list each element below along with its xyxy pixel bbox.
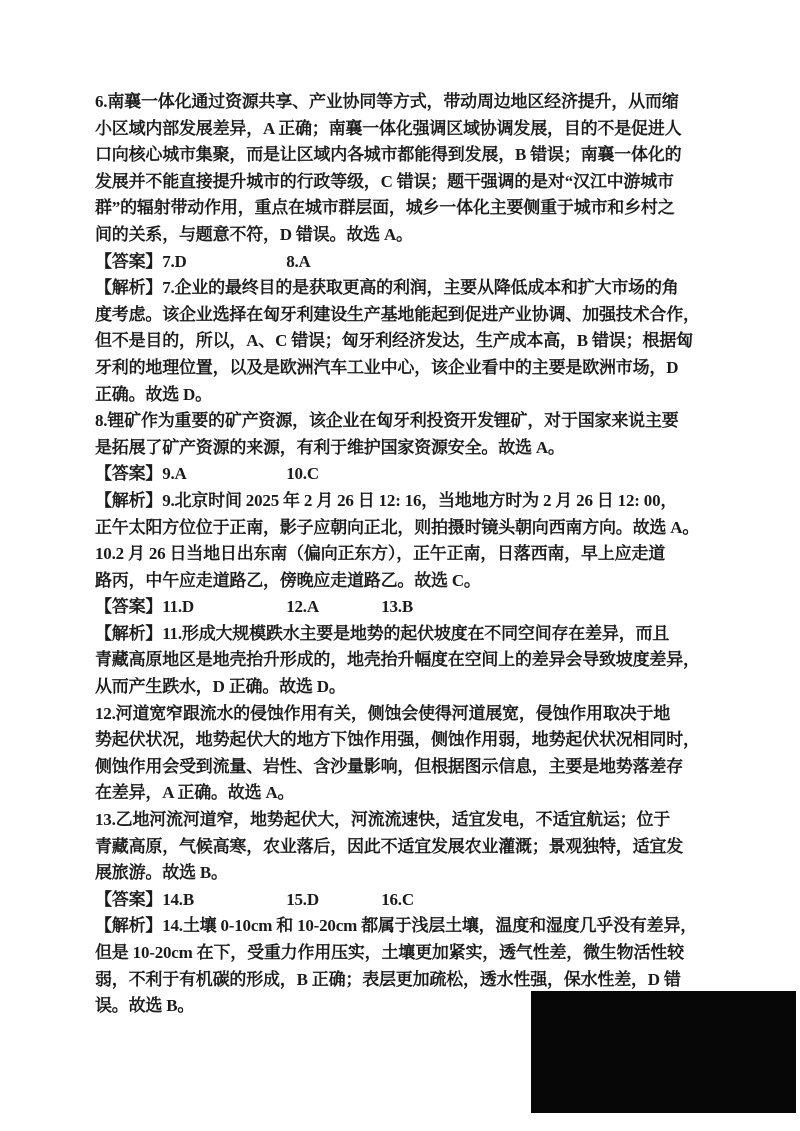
text-line: 6.南襄一体化通过资源共享、产业协同等方式，带动周边地区经济提升，从而缩 bbox=[95, 89, 743, 116]
answer-label: 【答案】 bbox=[95, 887, 162, 914]
answer-item: 9.A bbox=[162, 461, 286, 488]
text-line: 但是 10-20cm 在下，受重力作用压实，土壤更加紧实，透气性差，微生物活性较 bbox=[95, 940, 743, 967]
document-page: 6.南襄一体化通过资源共享、产业协同等方式，带动周边地区经济提升，从而缩 小区域… bbox=[0, 0, 800, 1131]
text-line: 度考虑。该企业选择在匈牙利建设生产基地能起到促进产业协调、加强技术合作， bbox=[95, 302, 743, 329]
answer-line: 【答案】7.D8.A bbox=[95, 249, 743, 276]
text-line: 但不是目的，所以，A、C 错误；匈牙利经济发达，生产成本高，B 错误；根据匈 bbox=[95, 328, 743, 355]
text-line: 12.河道宽窄跟流水的侵蚀作用有关，侧蚀会使得河道展宽，侵蚀作用取决于地 bbox=[95, 701, 743, 728]
text-line: 发展并不能直接提升城市的行政等级，C 错误；题干强调的是对“汉江中游城市 bbox=[95, 169, 743, 196]
text-line: 小区域内部发展差异，A 正确；南襄一体化强调区域协调发展，目的不是促进人 bbox=[95, 116, 743, 143]
text-line: 青藏高原地区是地壳抬升形成的，地壳抬升幅度在空间上的差异会导致坡度差异， bbox=[95, 647, 743, 674]
answer-line: 【答案】9.A10.C bbox=[95, 461, 743, 488]
text-line: 【解析】7.企业的最终目的是获取更高的利润，主要从降低成本和扩大市场的角 bbox=[95, 275, 743, 302]
text-line: 侧蚀作用会受到流量、岩性、含沙量影响，但根据图示信息，主要是地势落差存 bbox=[95, 754, 743, 781]
redaction-block bbox=[531, 991, 796, 1113]
text-line: 【解析】9.北京时间 2025 年 2 月 26 日 12: 16，当地地方时为… bbox=[95, 488, 743, 515]
text-line: 口向核心城市集聚，而是让区域内各城市都能得到发展，B 错误；南襄一体化的 bbox=[95, 142, 743, 169]
text-line: 【解析】14.土壤 0-10cm 和 10-20cm 都属于浅层土壤，温度和湿度… bbox=[95, 913, 743, 940]
answer-item: 11.D bbox=[162, 594, 286, 621]
answer-label: 【答案】 bbox=[95, 594, 162, 621]
text-line: 青藏高原，气候高寒，农业落后，因此不适宜发展农业灌溉；景观独特，适宜发 bbox=[95, 834, 743, 861]
answer-label: 【答案】 bbox=[95, 249, 162, 276]
answer-item: 14.B bbox=[162, 887, 286, 914]
text-line: 势起伏状况，地势起伏大的地方下蚀作用强，侧蚀作用弱，地势起伏状况相同时， bbox=[95, 727, 743, 754]
answer-item: 8.A bbox=[286, 249, 310, 276]
text-line: 间的关系，与题意不符，D 错误。故选 A。 bbox=[95, 222, 743, 249]
text-line: 8.锂矿作为重要的矿产资源，该企业在匈牙利投资开发锂矿，对于国家来说主要 bbox=[95, 408, 743, 435]
answer-item: 10.C bbox=[286, 461, 319, 488]
answer-line: 【答案】14.B15.D16.C bbox=[95, 887, 743, 914]
answer-line: 【答案】11.D12.A13.B bbox=[95, 594, 743, 621]
text-line: 正确。故选 D。 bbox=[95, 382, 743, 409]
answer-item: 13.B bbox=[381, 594, 413, 621]
text-line: 10.2 月 26 日当地日出东南（偏向正东方），正午正南，日落西南，早上应走道 bbox=[95, 541, 743, 568]
text-line: 路丙，中午应走道路乙，傍晚应走道路乙。故选 C。 bbox=[95, 568, 743, 595]
text-line: 在差异，A 正确。故选 A。 bbox=[95, 780, 743, 807]
text-line: 展旅游。故选 B。 bbox=[95, 860, 743, 887]
text-line: 【解析】11.形成大规模跌水主要是地势的起伏坡度在不同空间存在差异，而且 bbox=[95, 621, 743, 648]
text-line: 从而产生跌水，D 正确。故选 D。 bbox=[95, 674, 743, 701]
text-line: 是拓展了矿产资源的来源，有利于维护国家资源安全。故选 A。 bbox=[95, 435, 743, 462]
answer-item: 7.D bbox=[162, 249, 286, 276]
answer-key-text: 6.南襄一体化通过资源共享、产业协同等方式，带动周边地区经济提升，从而缩 小区域… bbox=[95, 89, 743, 1020]
text-line: 弱，不利于有机碳的形成，B 正确；表层更加疏松，透水性强，保水性差，D 错 bbox=[95, 967, 743, 994]
answer-item: 12.A bbox=[286, 594, 381, 621]
text-line: 13.乙地河流河道窄，地势起伏大，河流流速快，适宜发电，不适宜航运；位于 bbox=[95, 807, 743, 834]
text-line: 群”的辐射带动作用，重点在城市群层面，城乡一体化主要侧重于城市和乡村之 bbox=[95, 195, 743, 222]
text-line: 牙利的地理位置，以及是欧洲汽车工业中心，该企业看中的主要是欧洲市场，D bbox=[95, 355, 743, 382]
answer-item: 16.C bbox=[381, 887, 414, 914]
answer-item: 15.D bbox=[286, 887, 381, 914]
answer-label: 【答案】 bbox=[95, 461, 162, 488]
text-line: 正午太阳方位位于正南，影子应朝向正北，则拍摄时镜头朝向西南方向。故选 A。 bbox=[95, 515, 743, 542]
